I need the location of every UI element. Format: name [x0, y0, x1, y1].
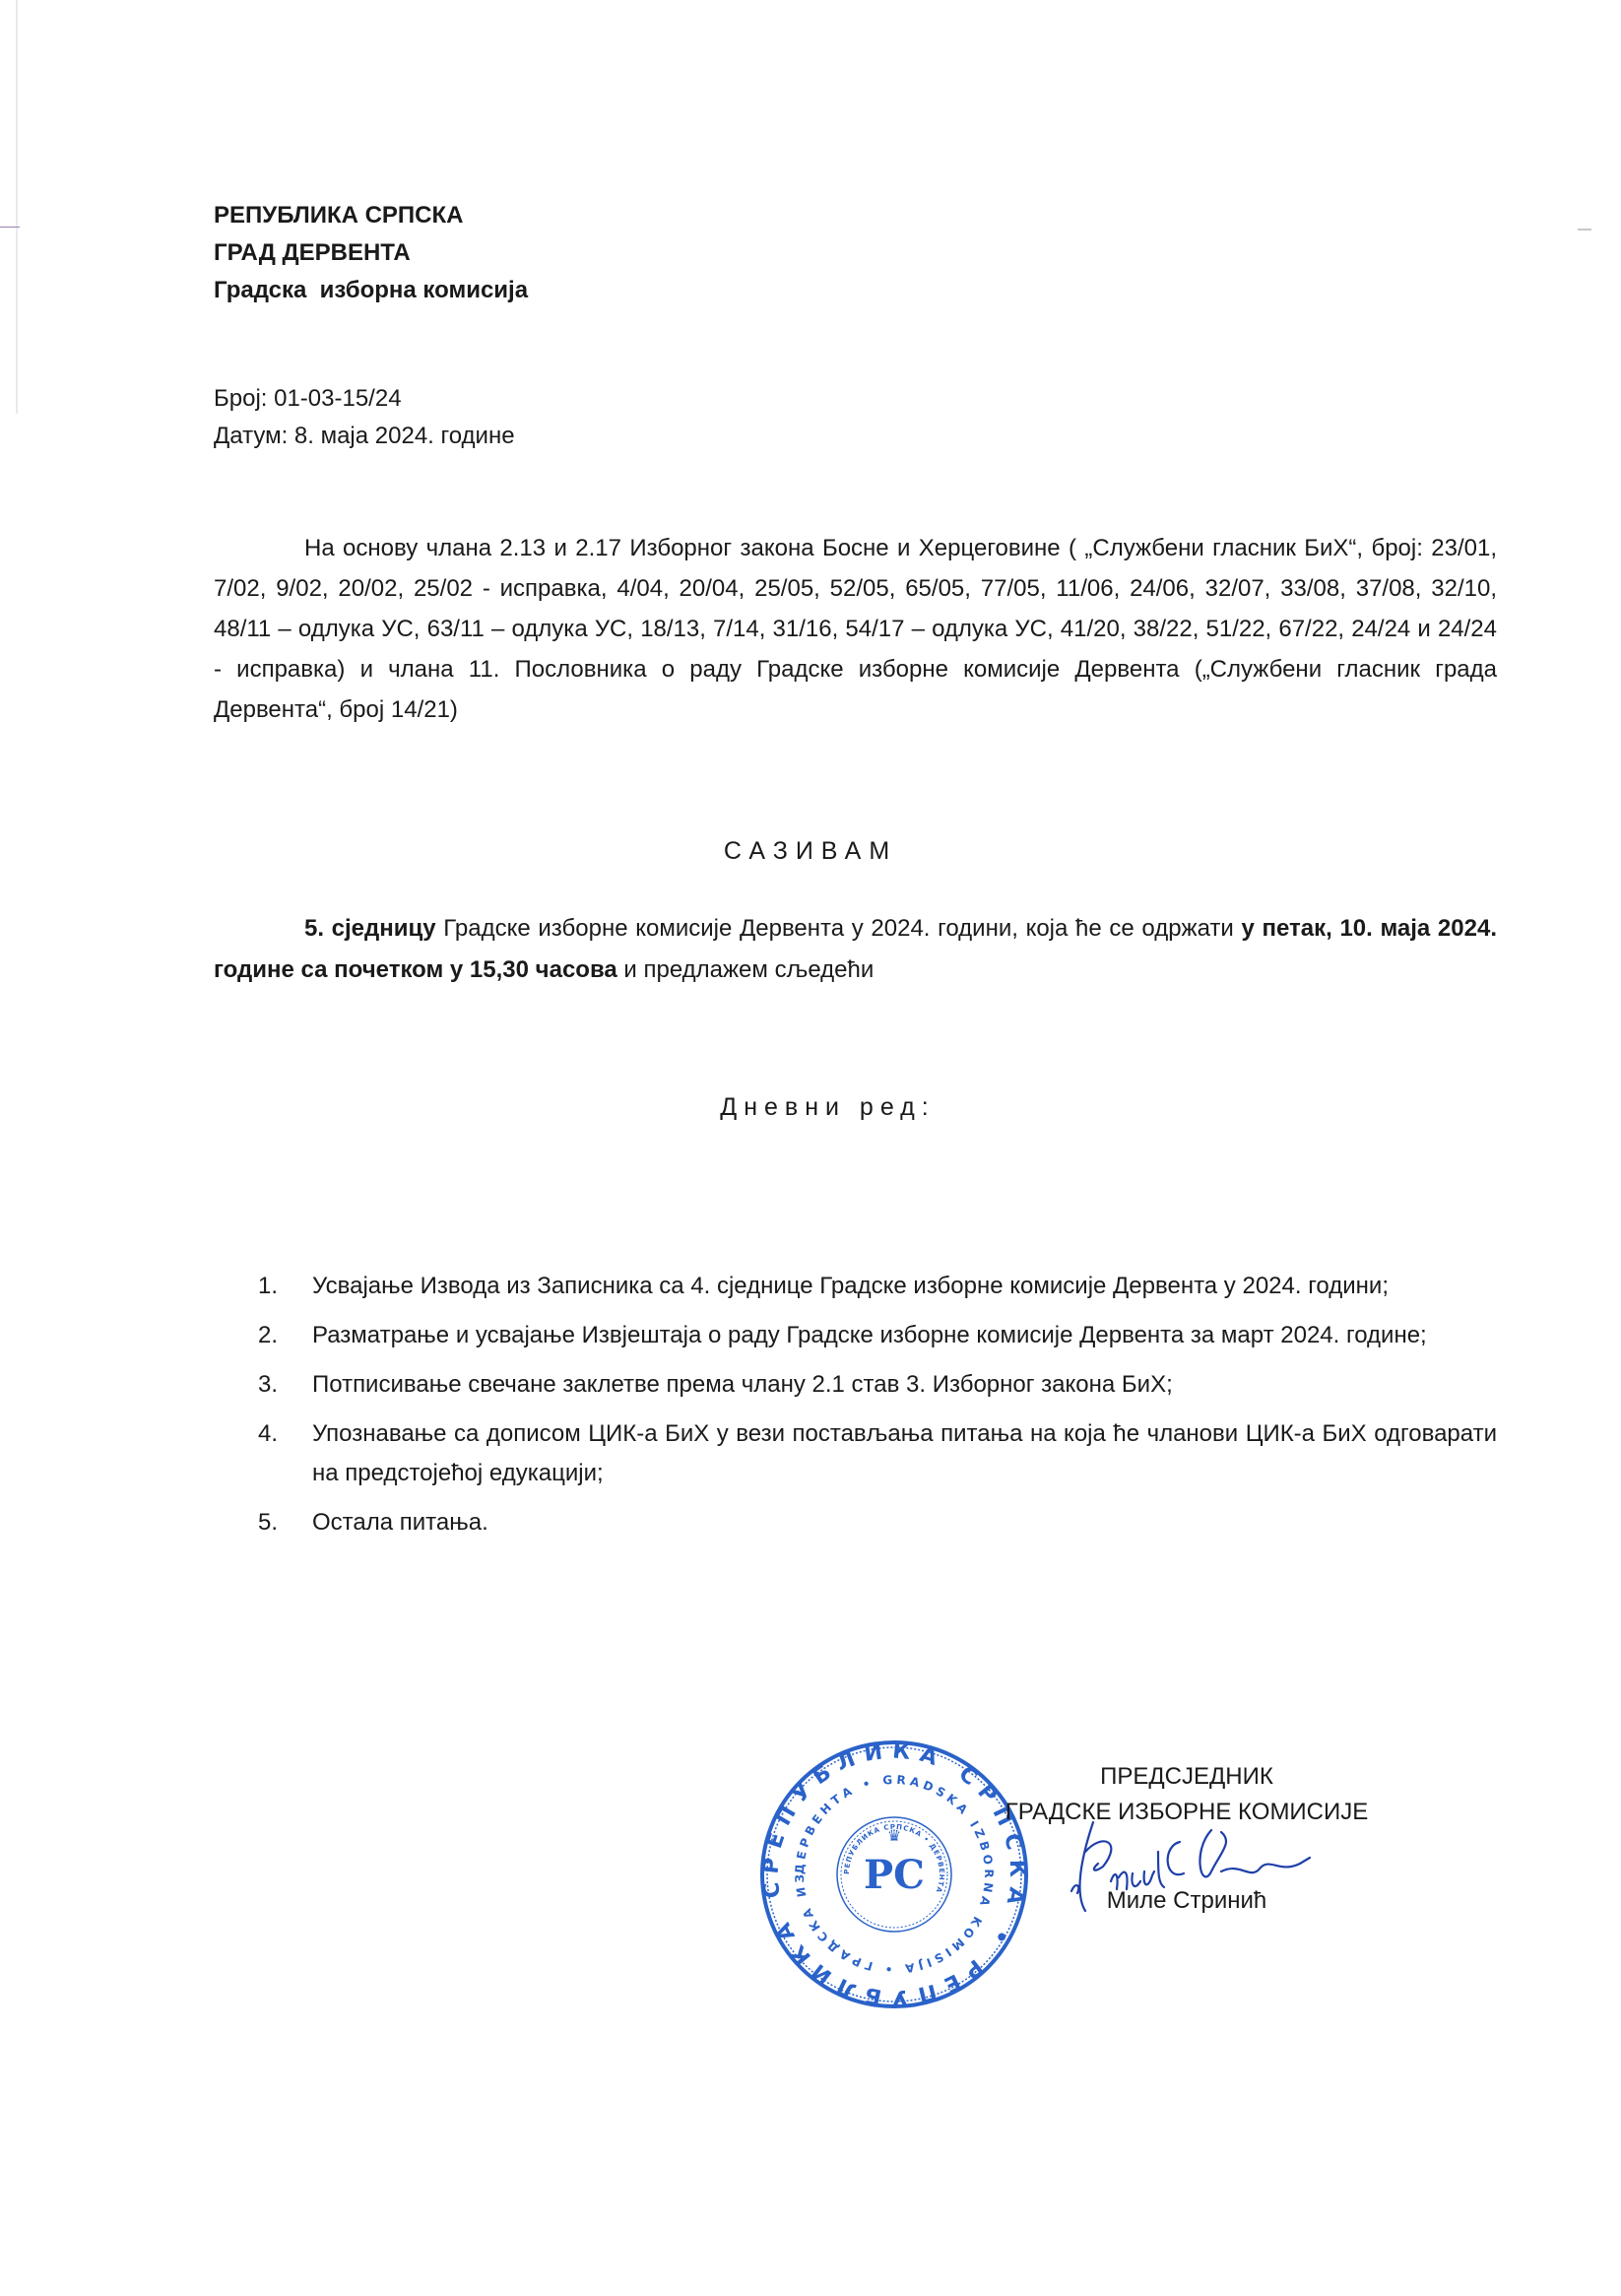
- svg-text:РС: РС: [864, 1852, 925, 1898]
- agenda-list: 1.Усвајање Извода из Записника са 4. сје…: [258, 1267, 1497, 1552]
- scan-mark: [1578, 229, 1591, 230]
- agenda-title: Дневни ред:: [0, 1093, 1621, 1122]
- document-reference: Број: 01-03-15/24 Датум: 8. маја 2024. г…: [214, 380, 515, 455]
- session-text-end: и предлажем сљедећи: [617, 956, 875, 983]
- legal-basis-paragraph: На основу члана 2.13 и 2.17 Изборног зак…: [214, 528, 1497, 730]
- letterhead-city: ГРАД ДЕРВЕНТА: [214, 234, 528, 272]
- agenda-item: 5.Остала питања.: [258, 1503, 1497, 1542]
- agenda-item: 2.Разматрање и усвајање Извјештаја о рад…: [258, 1316, 1497, 1355]
- agenda-item-text: Остала питања.: [312, 1509, 488, 1536]
- agenda-item-number: 1.: [258, 1267, 278, 1306]
- agenda-item-number: 4.: [258, 1414, 278, 1454]
- signatory-title: ПРЕДСЈЕДНИК: [985, 1759, 1389, 1795]
- letterhead-republic: РЕПУБЛИКА СРПСКА: [214, 197, 528, 234]
- document-number: Број: 01-03-15/24: [214, 380, 515, 418]
- convene-heading: САЗИВАМ: [0, 837, 1621, 866]
- letterhead: РЕПУБЛИКА СРПСКА ГРАД ДЕРВЕНТА Градска и…: [214, 197, 528, 309]
- agenda-item: 1.Усвајање Извода из Записника са 4. сје…: [258, 1267, 1497, 1306]
- session-number: 5. сједницу: [304, 915, 436, 942]
- agenda-item-text: Усвајање Извода из Записника са 4. сједн…: [312, 1273, 1389, 1299]
- session-text: Градске изборне комисије Дервента у 2024…: [436, 915, 1242, 942]
- svg-text:♛: ♛: [887, 1826, 901, 1845]
- handwritten-signature-icon: [1064, 1812, 1320, 1921]
- agenda-item-text: Потписивање свечане заклетве према члану…: [312, 1371, 1173, 1398]
- agenda-item: 4.Упознавање са дописом ЦИК-а БиХ у вези…: [258, 1414, 1497, 1493]
- agenda-item-number: 5.: [258, 1503, 278, 1542]
- legal-basis-text: На основу члана 2.13 и 2.17 Изборног зак…: [214, 535, 1497, 723]
- agenda-item-number: 2.: [258, 1316, 278, 1355]
- agenda-item: 3.Потписивање свечане заклетве према чла…: [258, 1365, 1497, 1405]
- scan-edge-artifact: [16, 0, 18, 414]
- agenda-item-text: Упознавање са дописом ЦИК-а БиХ у вези п…: [312, 1420, 1497, 1486]
- scan-mark: [0, 227, 20, 228]
- agenda-item-text: Разматрање и усвајање Извјештаја о раду …: [312, 1322, 1427, 1348]
- letterhead-commission: Градска изборна комисија: [214, 272, 528, 309]
- session-paragraph: 5. сједницу Градске изборне комисије Дер…: [214, 908, 1497, 991]
- document-date: Датум: 8. маја 2024. године: [214, 418, 515, 455]
- agenda-item-number: 3.: [258, 1365, 278, 1405]
